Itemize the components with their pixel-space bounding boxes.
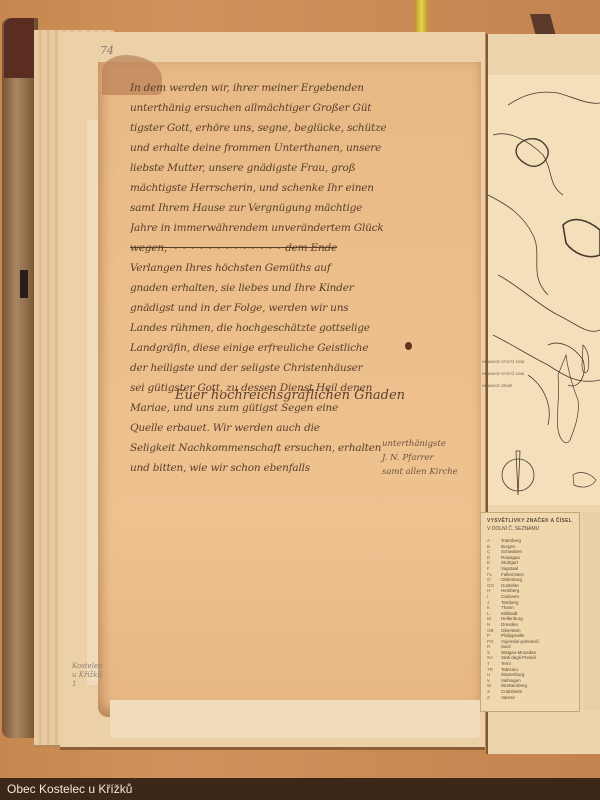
manuscript-line: gnaden erhalten, sie liebes und Ihre Kin…: [130, 278, 460, 298]
caption-bar: Obec Kostelec u Křížků: [0, 778, 600, 800]
margin-note-line: 1: [72, 680, 102, 689]
legend-item: ZVarese: [487, 695, 579, 701]
manuscript-line: Verlangen Ihres höchsten Gemüths auf: [130, 258, 460, 278]
map-legend-item: HRANICE ZEMĚ: [482, 380, 524, 392]
legend-subtitle: V DOLNÍ Č. SEZNAMU: [481, 525, 579, 537]
book-cover-spine: [2, 18, 38, 738]
legend-title: VYSVĚTLIVKY ZNAČEK A ČÍSEL: [481, 513, 579, 525]
margin-note: Kostelec u Křížků 1: [72, 662, 102, 689]
manuscript-line: der heiligste und der seligste Christenh…: [130, 358, 460, 378]
signature-line: J. N. Pfarrer: [382, 451, 458, 465]
manuscript-line: mächtigste Herrscherin, und schenke Ihr …: [130, 178, 460, 198]
cover-tab: [20, 270, 28, 298]
manuscript-line: wegen, ~~~~~~~~~~~~~ dem Ende: [130, 238, 460, 258]
historical-map: [488, 75, 600, 505]
manuscript-line: gnädigst und in der Folge, werden wir un…: [130, 298, 460, 318]
ink-blot: [405, 342, 412, 350]
book-cover-corner: [4, 18, 34, 78]
map-legend-item: HRANICE STÁTŮ 1945: [482, 368, 524, 380]
page-bottom-edge: [110, 700, 480, 738]
manuscript-line: Landes rühmen, die hochgeschätzte gottse…: [130, 318, 460, 338]
signature-line: unterthänigste: [382, 437, 458, 451]
manuscript-line: Jahre in immerwährendem unverändertem Gl…: [130, 218, 460, 238]
manuscript-line: In dem werden wir, ihrer meiner Ergebend…: [130, 78, 460, 98]
map-legend-item: HRANICE STÁTŮ 1938: [482, 356, 524, 368]
bookmark-ribbon: [415, 0, 428, 32]
margin-note-line: u Křížků: [72, 671, 102, 680]
manuscript-line: tigster Gott, erhöre uns, segne, beglück…: [130, 118, 460, 138]
manuscript-line: Quelle erbauet. Wir werden auch die: [130, 418, 460, 438]
page-number: 74: [100, 44, 114, 57]
caption-title: Obec Kostelec u Křížků: [7, 782, 132, 796]
manuscript-line: und erhalte deine frommen Unterthanen, u…: [130, 138, 460, 158]
salutation: Euer hochreichsgräflichen Gnaden: [175, 388, 405, 403]
signature-block: unterthänigste J. N. Pfarrer samt allen …: [382, 437, 458, 479]
manuscript-line: samt Ihrem Hause zur Vergnügung mächtige: [130, 198, 460, 218]
margin-note-line: Kostelec: [72, 662, 102, 671]
map-line-legend: HRANICE STÁTŮ 1938 HRANICE STÁTŮ 1945 HR…: [482, 356, 524, 392]
manuscript-line: liebste Mutter, unsere gnädigste Frau, g…: [130, 158, 460, 178]
manuscript-line: unterthänig ersuchen allmächtiger Großer…: [130, 98, 460, 118]
signature-line: samt allen Kirche: [382, 465, 458, 479]
map-outline-icon: [488, 75, 600, 505]
legend-box: VYSVĚTLIVKY ZNAČEK A ČÍSEL V DOLNÍ Č. SE…: [480, 512, 580, 712]
adjacent-page-strip: [583, 512, 600, 710]
legend-list: ATotenberg BBurgen CSchwaben DRowagau ES…: [481, 536, 579, 700]
manuscript-body: In dem werden wir, ihrer meiner Ergebend…: [130, 78, 460, 478]
